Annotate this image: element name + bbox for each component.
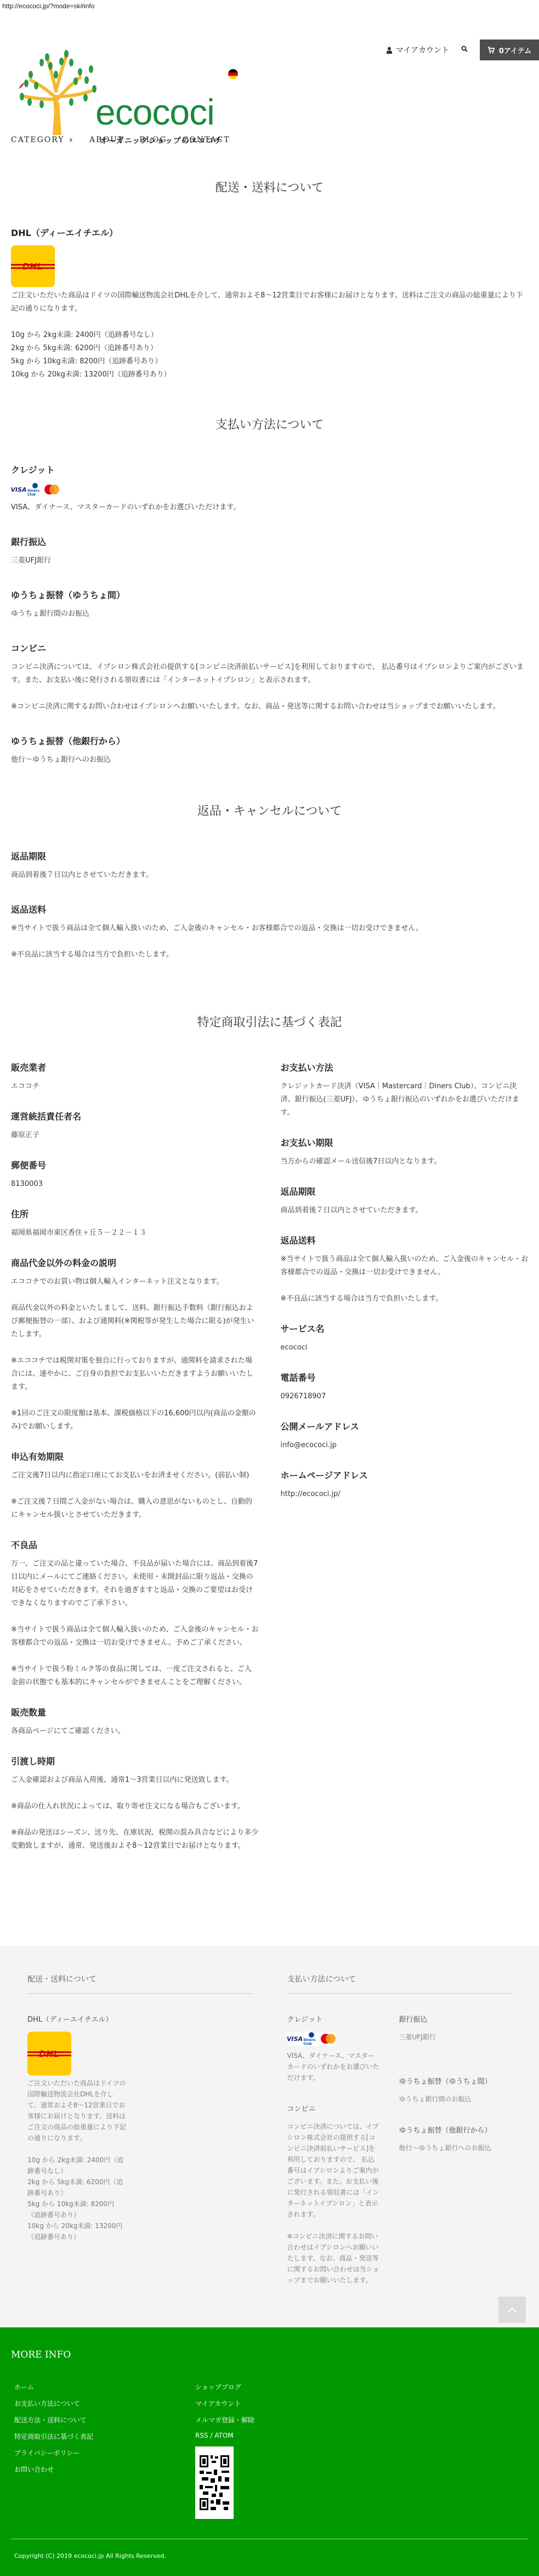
footer-link-payment[interactable]: お支払い方法について (14, 2399, 192, 2408)
legal-item-text: 商品代金以外の料金といたしまして、送料、銀行振込手数料（銀行振込および郵便振替の… (11, 1302, 259, 1341)
legal-item-text: ※当サイトで扱う粉ミルク等の食品に関しては、一度ご注文されると、ご入金前の状態で… (11, 1663, 259, 1689)
footer-link-privacy[interactable]: プライバシーポリシー (14, 2448, 192, 2457)
legal-item-text: 商品到着後７日以内とさせていただきます。 (281, 1204, 529, 1217)
footer-card-logos: VISA Diners Club (287, 2032, 381, 2046)
user-icon (386, 47, 393, 54)
legal-item-text: ※当サイトで扱う商品は全て個人輸入扱いのため、ご入金後のキャンセル・お客様都合で… (281, 1253, 529, 1279)
shipping-rate: 10g から 2kg未満: 2400円（追跡番号なし） (11, 329, 528, 342)
copyright-text: Copyright (C) 2019 ecococi.jp All Rights… (11, 2552, 528, 2560)
footer-yucho-other-text: 他行～ゆうちょ銀行へのお振込 (399, 2142, 512, 2153)
legal-item-text: ecococi (281, 1341, 529, 1354)
legal-item-text: クレジットカード決済（VISA｜Mastercard｜Diners Club）、… (281, 1080, 529, 1120)
legal-item-text: ※1回のご注文の限度額は基本、課税価格以下の16,600円以内(商品の金額のみ)… (11, 1407, 259, 1433)
legal-item: 公開メールアドレスinfo@ecococi.jp (281, 1420, 529, 1452)
cart-button[interactable]: 0アイテム (480, 40, 539, 60)
tree-logo-icon (14, 47, 102, 135)
my-account-link[interactable]: マイアカウント (386, 44, 449, 55)
legal-item-text: エココチでのお買い物は個人輸入インターネット注文となります。 (11, 1275, 259, 1289)
legal-item: 運営統括責任者名藤原正子 (11, 1110, 259, 1142)
footer-dhl-logo: DHL (27, 2032, 71, 2076)
mastercard-logo-icon (320, 2032, 336, 2046)
footer-link-contact[interactable]: お問い合わせ (14, 2465, 192, 2474)
footer-bank-text: 三菱UFJ銀行 (399, 2032, 512, 2043)
mastercard-logo-icon (44, 482, 59, 497)
legal-item-heading: 郵便番号 (11, 1158, 259, 1171)
return-period-text: 商品到着後７日以内とさせていただきます。 (11, 869, 528, 882)
footer-shipping-title: 配送・送料について (27, 1973, 252, 1994)
legal-item-heading: 不良品 (11, 1538, 259, 1551)
legal-item-heading: 住所 (11, 1207, 259, 1220)
footer-shipping-col: 配送・送料について DHL（ディーエイチエル） DHL ご注文いただいた商品はド… (27, 1973, 252, 2305)
shipping-rate: 10kg から 20kg未満: 13200円（追跡番号あり） (11, 368, 528, 381)
legal-section: 特定商取引法に基づく表記 販売業者エココチ運営統括責任者名藤原正子郵便番号813… (11, 1000, 528, 1869)
legal-item: 申込有効期限ご注文後7日以内に指定口座にてお支払いをお済ませください。(前払い制… (11, 1450, 259, 1522)
footer-bank-heading: 銀行振込 (399, 2013, 512, 2024)
footer-title: MORE INFO (11, 2349, 528, 2360)
legal-item: 販売業者エココチ (11, 1061, 259, 1093)
search-icon (461, 46, 468, 52)
shipping-section: 配送・送料について DHL（ディーエイチエル） DHL ご注文いただいた商品はド… (11, 165, 528, 381)
legal-item-text: 各商品ページにてご確認ください。 (11, 1725, 259, 1738)
legal-item-text: 0926718907 (281, 1390, 529, 1403)
credit-heading: クレジット (11, 463, 528, 476)
legal-item-text: ※エココチでは税関対策を独自に行っておりますが、通関料を請求された場合には、速や… (11, 1354, 259, 1394)
cart-icon (487, 47, 495, 54)
german-flag-icon (228, 69, 238, 79)
legal-item-text: ※商品の仕入れ状況によっては、取り寄せ注文になる場合もございます。 (11, 1800, 259, 1813)
footer-link-account[interactable]: マイアカウント (195, 2399, 373, 2408)
my-account-label: マイアカウント (396, 44, 449, 55)
diners-label: Diners Club (304, 2038, 319, 2046)
footer-conbini-note: ※コンビニ決済に関するお問い合わせはイプシロンへお願いいたします。なお、商品・発… (287, 2231, 381, 2286)
legal-item-text[interactable]: info@ecococi.jp (281, 1439, 529, 1452)
payment-section: 支払い方法について クレジット VISA Diners Club VISA、ダイ… (11, 402, 528, 767)
chevron-up-icon (508, 2307, 517, 2313)
footer-rate: 5kg から 10kg未満: 8200円（追跡番号あり） (27, 2198, 126, 2220)
returns-title: 返品・キャンセルについて (11, 789, 528, 850)
site-logo[interactable]: ecococi オーガニックショップのエココチ (8, 47, 232, 157)
site-footer: MORE INFO ホーム お支払い方法について 配送方法・送料について 特定商… (0, 2327, 539, 2576)
footer-payment-col: 支払い方法について クレジット VISA Diners Club VISA、ダイ… (287, 1973, 512, 2305)
footer-yucho-other-heading: ゆうちょ振替（他銀行から） (399, 2124, 512, 2135)
footer-credit-text: VISA、ダイナース、マスターカードのいずれかをお選びいただけます。 (287, 2050, 381, 2083)
legal-item-text: ご入金確認および商品入荷後、通常1～3営業日以内に発送致します。 (11, 1774, 259, 1787)
legal-item-heading: 商品代金以外の料金の説明 (11, 1256, 259, 1269)
legal-item: 販売数量各商品ページにてご確認ください。 (11, 1706, 259, 1738)
yucho-heading: ゆうちょ振替（ゆうちょ間） (11, 588, 528, 601)
qr-code (195, 2446, 234, 2519)
footer-link-home[interactable]: ホーム (14, 2382, 192, 2392)
logo-tagline: オーガニックショップのエココチ (100, 135, 223, 146)
shipping-rate: 2kg から 5kg未満: 6200円（追跡番号あり） (11, 342, 528, 355)
legal-item-heading: 電話番号 (281, 1371, 529, 1383)
bank-heading: 銀行振込 (11, 535, 528, 548)
footer-link-newsletter[interactable]: メルマガ登録・解除 (195, 2415, 373, 2425)
legal-item-text: ご注文後7日以内に指定口座にてお支払いをお済ませください。(前払い制) (11, 1469, 259, 1482)
footer-yucho-heading: ゆうちょ振替（ゆうちょ間） (399, 2076, 512, 2086)
legal-item-heading: 返品期限 (281, 1185, 529, 1197)
legal-right-column: お支払い方法クレジットカード決済（VISA｜Mastercard｜Diners … (281, 1061, 529, 1869)
footer-yucho-text: ゆうちょ銀行間のお振込 (399, 2094, 512, 2105)
footer-link-shipping[interactable]: 配送方法・送料について (14, 2415, 192, 2425)
yucho-other-text: 他行～ゆうちょ銀行へのお振込 (11, 753, 528, 767)
payment-title: 支払い方法について (11, 402, 528, 463)
legal-item: 商品代金以外の料金の説明エココチでのお買い物は個人輸入インターネット注文となりま… (11, 1256, 259, 1433)
footer-rate: 2kg から 5kg未満: 6200円（追跡番号あり） (27, 2176, 126, 2198)
legal-item-heading: 公開メールアドレス (281, 1420, 529, 1432)
legal-item: ホームページアドレスhttp://ecococi.jp/ (281, 1469, 529, 1501)
legal-item-heading: 販売数量 (11, 1706, 259, 1718)
legal-item-text: 藤原正子 (11, 1129, 259, 1142)
footer-rate: 10g から 2kg未満: 2400円（追跡番号なし） (27, 2155, 126, 2176)
legal-item-text: 福岡県福岡市東区香住ヶ丘５－２２－１３ (11, 1227, 259, 1240)
footer-divider (11, 2539, 528, 2539)
credit-text: VISA、ダイナース、マスターカードのいずれかをお選びいただけます。 (11, 501, 528, 514)
legal-item: 不良品万一、ご注文の品と違っていた場合、不良品が届いた場合には、商品到着後7日以… (11, 1538, 259, 1689)
legal-item: 電話番号0926718907 (281, 1371, 529, 1403)
dhl-logo: DHL (11, 245, 55, 287)
legal-item: 返品送料※当サイトで扱う商品は全て個人輸入扱いのため、ご入金後のキャンセル・お客… (281, 1234, 529, 1306)
legal-item-text: ※ご注文後７日間ご入金がない場合は、購入の意思がないものとし、自動的にキャンセル… (11, 1495, 259, 1522)
footer-payment-title: 支払い方法について (287, 1973, 512, 1994)
legal-item-heading: 運営統括責任者名 (11, 1110, 259, 1122)
footer-conbini-text: コンビニ決済については、イプシロン株式会社の提供する[コンビニ決済前払いサービス… (287, 2121, 381, 2220)
footer-dhl-logo-text: DHL (27, 2049, 71, 2060)
legal-item-heading: ホームページアドレス (281, 1469, 529, 1481)
legal-item-text: 当方からの確認メール送信後7日以内となります。 (281, 1155, 529, 1168)
footer-credit-heading: クレジット (287, 2013, 381, 2024)
return-shipping-note: ※不良品に該当する場合は当方で負担いたします。 (11, 948, 528, 961)
yucho-text: ゆうちょ銀行間のお振込 (11, 608, 528, 621)
footer-conbini-heading: コンビニ (287, 2103, 381, 2113)
legal-item: 返品期限商品到着後７日以内とさせていただきます。 (281, 1185, 529, 1217)
cart-count-label: 0アイテム (499, 45, 531, 55)
bank-text: 三菱UFJ銀行 (11, 554, 528, 567)
legal-item-text: ※商品の発送はシーズン、送り先、在庫状況、税関の混み具合などにより多少変動致しま… (11, 1826, 259, 1853)
conbini-note: ※コンビニ決済に関するお問い合わせはイプシロンへお願いいたします。なお、商品・発… (11, 700, 528, 713)
legal-item-heading: 引渡し時期 (11, 1754, 259, 1767)
main-content: 配送・送料について DHL（ディーエイチエル） DHL ご注文いただいた商品はド… (0, 165, 539, 1869)
conbini-heading: コンビニ (11, 642, 528, 654)
footer-info-wrap: 配送・送料について DHL（ディーエイチエル） DHL ご注文いただいた商品はド… (0, 1946, 539, 2327)
return-period-heading: 返品期限 (11, 850, 528, 862)
legal-item-heading: 販売業者 (11, 1061, 259, 1073)
conbini-text: コンビニ決済については、イプシロン株式会社の提供する[コンビニ決済前払いサービス… (11, 661, 528, 687)
footer-link-rss[interactable]: RSS / ATOM (195, 2432, 373, 2439)
footer-carrier-heading: DHL（ディーエイチエル） (27, 2013, 126, 2024)
diners-logo-icon: Diners Club (304, 2032, 319, 2046)
legal-item-heading: サービス名 (281, 1322, 529, 1335)
dhl-logo-text: DHL (11, 261, 55, 272)
legal-item-heading: お支払い期限 (281, 1136, 529, 1149)
carrier-heading: DHL（ディーエイチエル） (11, 226, 528, 239)
logo-wordmark: ecococi (95, 94, 214, 130)
legal-item-text: ※不良品に該当する場合は当方で負担いたします。 (281, 1292, 529, 1306)
legal-item: 引渡し時期ご入金確認および商品入荷後、通常1～3営業日以内に発送致します。※商品… (11, 1754, 259, 1853)
card-logos: VISA Diners Club (11, 482, 528, 497)
return-shipping-heading: 返品送料 (11, 903, 528, 915)
legal-item: お支払い期限当方からの確認メール送信後7日以内となります。 (281, 1136, 529, 1168)
legal-item-heading: 返品送料 (281, 1234, 529, 1246)
footer-info: 配送・送料について DHL（ディーエイチエル） DHL ご注文いただいた商品はド… (0, 1946, 539, 2327)
legal-left-column: 販売業者エココチ運営統括責任者名藤原正子郵便番号8130003住所福岡県福岡市東… (11, 1061, 259, 1869)
shipping-title: 配送・送料について (11, 165, 528, 226)
legal-item: サービス名ecococi (281, 1322, 529, 1354)
visa-logo-icon: VISA (287, 2032, 303, 2046)
legal-item: 住所福岡県福岡市東区香住ヶ丘５－２２－１３ (11, 1207, 259, 1240)
qr-code-icon (200, 2455, 229, 2510)
footer-links-col1: ホーム お支払い方法について 配送方法・送料について 特定商取引法に基づく表記 … (11, 2382, 192, 2519)
shipping-description: ご注文いただいた商品はドイツの国際輸送物流会社DHLを介して、通常およそ8～12… (11, 289, 528, 316)
header-utility: マイアカウント 0アイテム (386, 40, 539, 60)
returns-section: 返品・キャンセルについて 返品期限 商品到着後７日以内とさせていただきます。 返… (11, 789, 528, 961)
footer-rate: 10kg から 20kg未満: 13200円（追跡番号あり） (27, 2220, 126, 2242)
shipping-rate: 5kg から 10kg未満: 8200円（追跡番号あり） (11, 355, 528, 368)
legal-item-text: ※当サイトで扱う商品は全て個人輸入扱いのため、ご入金後のキャンセル・お客様都合で… (11, 1623, 259, 1650)
scroll-to-top-button[interactable] (498, 2297, 526, 2323)
return-shipping-text: ※当サイトで扱う商品は全て個人輸入扱いのため、ご入金後のキャンセル・お客様都合で… (11, 922, 528, 935)
footer-link-blog[interactable]: ショップブログ (195, 2382, 373, 2392)
legal-item-text: エココチ (11, 1080, 259, 1093)
yucho-other-heading: ゆうちょ振替（他銀行から） (11, 734, 528, 747)
legal-item-heading: 申込有効期限 (11, 1450, 259, 1463)
legal-item-text: 8130003 (11, 1178, 259, 1191)
footer-link-legal[interactable]: 特定商取引法に基づく表記 (14, 2432, 192, 2441)
legal-item: お支払い方法クレジットカード決済（VISA｜Mastercard｜Diners … (281, 1061, 529, 1120)
site-header: ecococi オーガニックショップのエココチ マイアカウント 0アイテム (0, 12, 539, 110)
search-button[interactable] (461, 46, 468, 54)
diners-label: Diners Club (27, 489, 43, 497)
visa-logo-icon: VISA (11, 482, 26, 497)
url-text: http://ecococi.jp/?mode=sk#info (0, 0, 539, 12)
footer-links-col2: ショップブログ マイアカウント メルマガ登録・解除 RSS / ATOM (192, 2382, 373, 2519)
footer-shipping-description: ご注文いただいた商品はドイツの国際輸送物流会社DHLを介して、通常およそ8～12… (27, 2078, 126, 2144)
legal-title: 特定商取引法に基づく表記 (11, 1000, 528, 1061)
legal-item: 郵便番号8130003 (11, 1158, 259, 1191)
legal-item-text: 万一、ご注文の品と違っていた場合、不良品が届いた場合には、商品到着後7日以内にメ… (11, 1557, 259, 1610)
legal-item-text[interactable]: http://ecococi.jp/ (281, 1488, 529, 1501)
legal-item-heading: お支払い方法 (281, 1061, 529, 1073)
diners-logo-icon: Diners Club (27, 482, 43, 497)
